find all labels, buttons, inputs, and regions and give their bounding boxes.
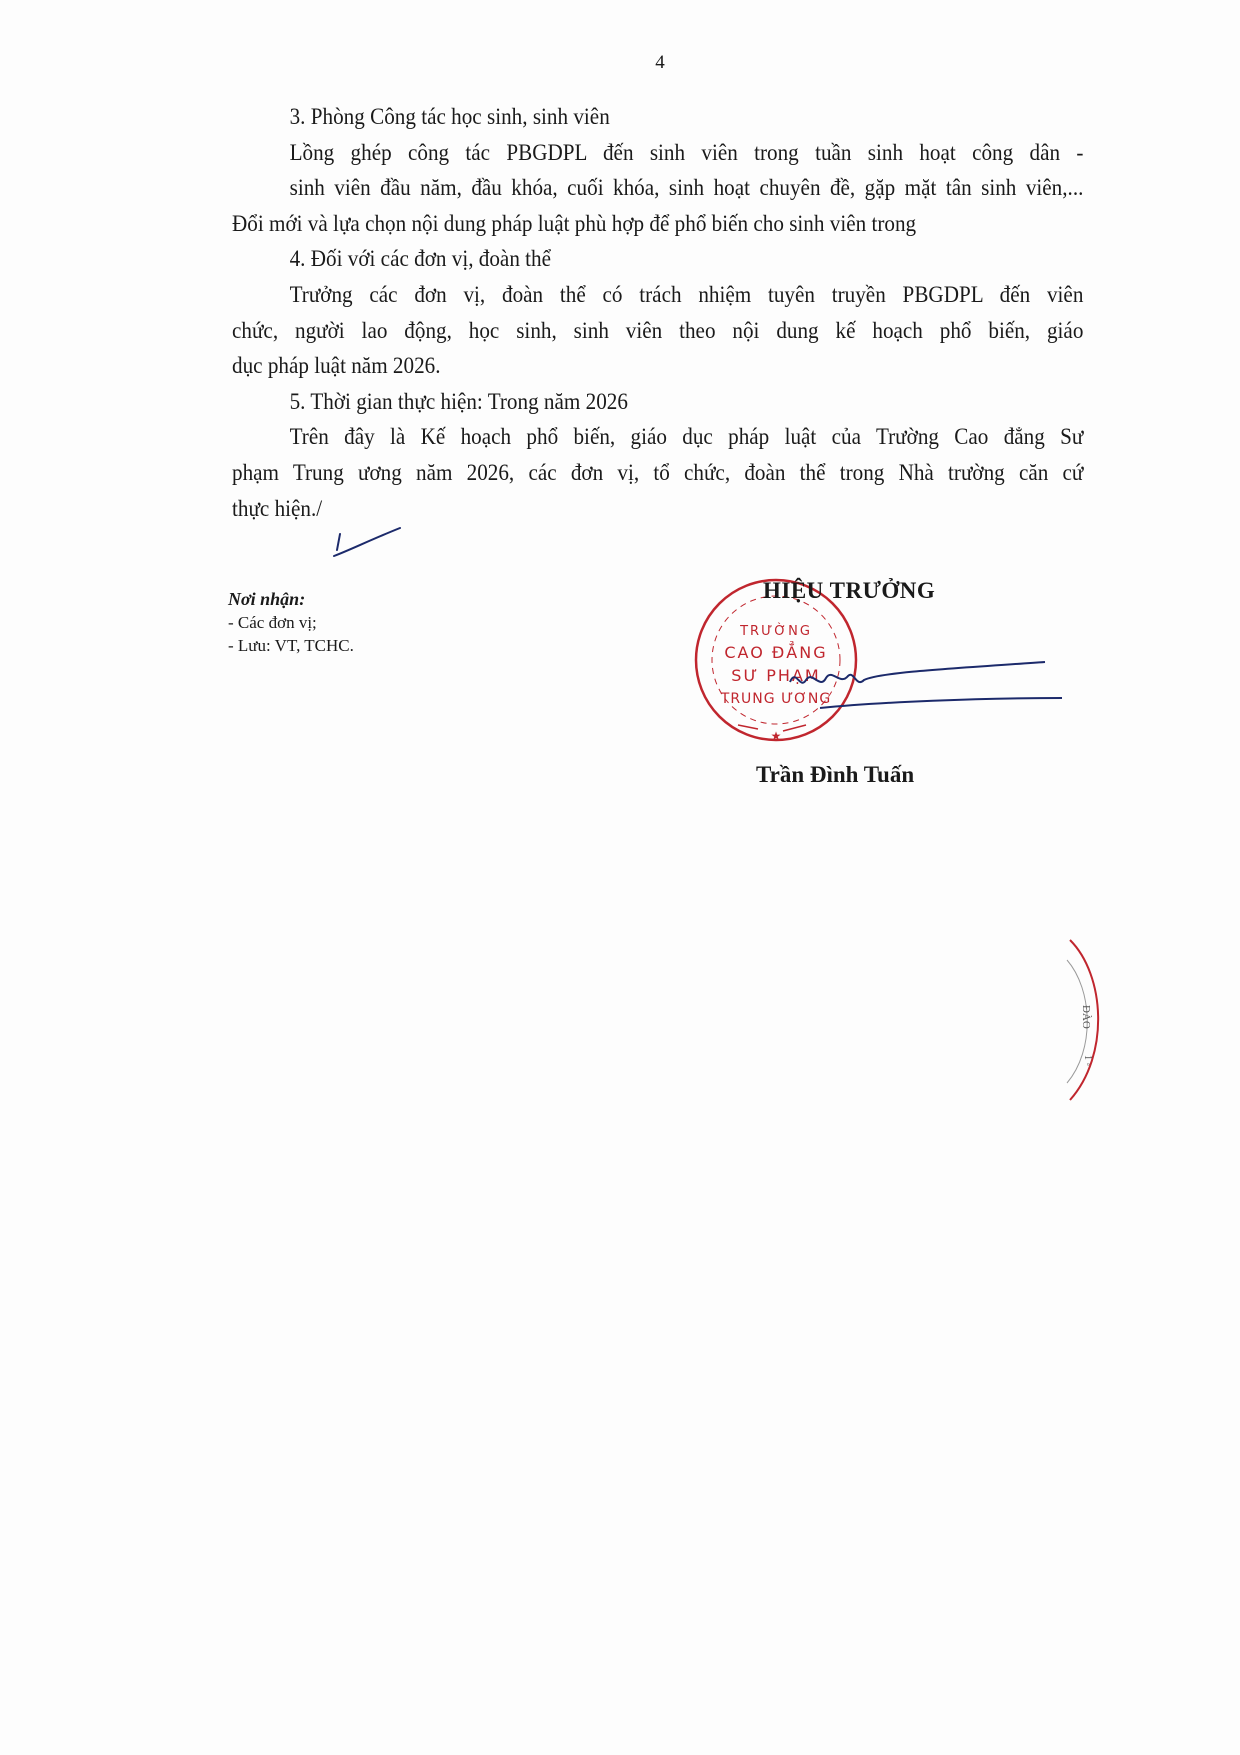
- signer-title: HIỆU TRƯỞNG: [763, 578, 935, 604]
- paragraph-line: phạm Trung ương năm 2026, các đơn vị, tổ…: [232, 456, 1083, 492]
- paragraph-line: dục pháp luật năm 2026.: [232, 349, 1083, 385]
- initial-mark-icon: [330, 520, 410, 560]
- paragraph-line: Trên đây là Kế hoạch phổ biến, giáo dục …: [232, 420, 1083, 456]
- recipients-label: Nơi nhận:: [228, 588, 354, 611]
- recipients-block: Nơi nhận: - Các đơn vị; - Lưu: VT, TCHC.: [228, 588, 354, 657]
- section-4-paragraph: Trưởng các đơn vị, đoàn thể có trách nhi…: [232, 278, 1083, 385]
- partial-seal-icon: ĐÀO 1 ◦: [1065, 935, 1115, 1105]
- svg-text:1 ◦: 1 ◦: [1082, 1055, 1093, 1066]
- page-number: 4: [0, 52, 1240, 74]
- recipient-item: - Các đơn vị;: [228, 611, 354, 634]
- paragraph-line: sinh viên đầu năm, đầu khóa, cuối khóa, …: [232, 171, 1083, 207]
- paragraph-line: chức, người lao động, học sinh, sinh viê…: [232, 314, 1083, 350]
- svg-text:TRƯỜNG: TRƯỜNG: [739, 623, 812, 639]
- closing-paragraph: Trên đây là Kế hoạch phổ biến, giáo dục …: [232, 420, 1083, 527]
- signer-name: Trần Đình Tuấn: [756, 762, 914, 788]
- paragraph-line: Lồng ghép công tác PBGDPL đến sinh viên …: [232, 136, 1083, 172]
- svg-text:ĐÀO: ĐÀO: [1080, 1005, 1092, 1029]
- section-heading-3: 3. Phòng Công tác học sinh, sinh viên: [232, 100, 1083, 136]
- paragraph-line: Đổi mới và lựa chọn nội dung pháp luật p…: [232, 207, 1083, 243]
- section-3-paragraph: Lồng ghép công tác PBGDPL đến sinh viên …: [232, 136, 1083, 243]
- signature-icon: [760, 640, 1120, 830]
- paragraph-line: Trưởng các đơn vị, đoàn thể có trách nhi…: [232, 278, 1083, 314]
- recipient-item: - Lưu: VT, TCHC.: [228, 634, 354, 657]
- section-heading-4: 4. Đối với các đơn vị, đoàn thể: [232, 242, 1083, 278]
- document-body: 3. Phòng Công tác học sinh, sinh viên Lồ…: [232, 100, 1083, 527]
- section-heading-5: 5. Thời gian thực hiện: Trong năm 2026: [232, 385, 1083, 421]
